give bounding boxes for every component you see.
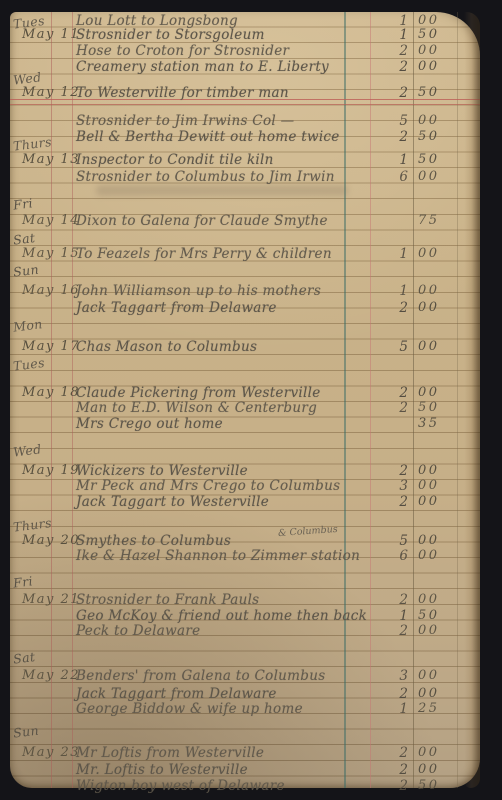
amount-dollars: 2	[386, 400, 408, 416]
entry-text: Ike & Hazel Shannon to Zimmer station	[76, 548, 360, 564]
ledger-row: Fri	[10, 572, 480, 589]
entry-text: Jack Taggart from Delaware	[76, 686, 277, 702]
ledger-row: May 15To Feazels for Mrs Perry & childre…	[10, 246, 480, 263]
day-label: Fri	[12, 193, 58, 213]
day-label: Fri	[12, 570, 58, 590]
entry-text: Peck to Delaware	[76, 623, 200, 639]
amount-cents: 00	[418, 300, 454, 315]
entry-text: Jack Taggart to Westerville	[76, 494, 269, 510]
amount-cents: 00	[418, 339, 454, 354]
amount-cents: 00	[418, 533, 454, 548]
entry-text: Strosnider to Jim Irwins Col —	[76, 113, 294, 129]
date-label: May 15	[22, 246, 80, 261]
entry-text: John Williamson up to his mothers	[76, 283, 321, 299]
ledger-row: Mr Peck and Mrs Crego to Columbus300	[10, 478, 480, 495]
ledger-row: Strosnider to Jim Irwins Col —500	[10, 113, 480, 130]
date-label: May 11	[22, 27, 80, 42]
ledger-row: Jack Taggart from Delaware200	[10, 300, 480, 317]
amount-cents: 00	[418, 686, 454, 701]
ledger-row: Mon	[10, 316, 480, 333]
ledger-row: May 22Benders' from Galena to Columbus30…	[10, 668, 480, 685]
ledger-row: Jack Taggart from Delaware200	[10, 686, 480, 703]
day-label: Thurs	[12, 133, 58, 153]
day-label: Thurs	[12, 514, 58, 534]
ledger-row: Wed	[10, 69, 480, 86]
entry-text: Wigton boy west of Delaware	[76, 778, 285, 794]
entry-text: Mr Loftis from Westerville	[76, 745, 264, 761]
amount-dollars: 5	[386, 113, 408, 129]
ledger-row: May 19Wickizers to Westerville200	[10, 463, 480, 480]
ledger-row: Geo McKoy & friend out home then back150	[10, 608, 480, 625]
amount-dollars: 2	[386, 300, 408, 316]
amount-cents: 50	[418, 85, 454, 100]
ledger-row: May 23Mr Loftis from Westerville200	[10, 745, 480, 762]
amount-dollars: 2	[386, 592, 408, 608]
amount-dollars: 3	[386, 478, 408, 494]
ledger-page: TuesLou Lott to Longsbong100May 11Strosn…	[10, 12, 480, 788]
ledger-row: Strosnider to Columbus to Jim Irwin600	[10, 169, 480, 186]
ledger-row: Peck to Delaware200	[10, 623, 480, 640]
amount-dollars: 2	[386, 43, 408, 59]
amount-cents: 00	[418, 745, 454, 760]
entry-text: Benders' from Galena to Columbus	[76, 668, 325, 684]
amount-dollars: 6	[386, 169, 408, 185]
entry-text: Geo McKoy & friend out home then back	[76, 608, 367, 624]
entry-text: Hose to Croton for Strosnider	[76, 43, 289, 59]
date-label: May 17	[22, 339, 80, 354]
amount-cents: 00	[418, 478, 454, 493]
ledger-row: May 16John Williamson up to his mothers1…	[10, 283, 480, 300]
amount-cents: 00	[418, 246, 454, 261]
date-label: May 18	[22, 385, 80, 400]
ledger-row: Hose to Croton for Strosnider200	[10, 43, 480, 60]
amount-dollars: 1	[386, 701, 408, 717]
amount-cents: 00	[418, 623, 454, 638]
date-label: May 23	[22, 745, 80, 760]
ledger-entries: TuesLou Lott to Longsbong100May 11Strosn…	[10, 12, 480, 788]
ledger-row: May 12To Westerville for timber man250	[10, 85, 480, 102]
ledger-row: Wed	[10, 441, 480, 458]
amount-cents: 00	[418, 463, 454, 478]
date-label: May 22	[22, 668, 80, 683]
amount-cents: 00	[418, 283, 454, 298]
date-label: May 21	[22, 592, 80, 607]
date-label: May 19	[22, 463, 80, 478]
entry-text: Smythes to Columbus	[76, 533, 231, 549]
date-label: May 14	[22, 213, 80, 228]
ledger-row: Sat	[10, 229, 480, 246]
ledger-row: May 17Chas Mason to Columbus500	[10, 339, 480, 356]
ledger-row: Ike & Hazel Shannon to Zimmer station600	[10, 548, 480, 565]
amount-dollars: 2	[386, 385, 408, 401]
amount-dollars: 2	[386, 745, 408, 761]
date-label: May 12	[22, 85, 80, 100]
entry-text: Wickizers to Westerville	[76, 463, 248, 479]
amount-dollars: 3	[386, 668, 408, 684]
ledger-row: May 14Dixon to Galena for Claude Smythe7…	[10, 213, 480, 230]
amount-dollars: 2	[386, 623, 408, 639]
amount-dollars: 1	[386, 27, 408, 43]
amount-dollars: 2	[386, 85, 408, 101]
entry-text: Mrs Crego out home	[76, 416, 223, 432]
ledger-row: May 21Strosnider to Frank Pauls200	[10, 592, 480, 609]
amount-cents: 00	[418, 668, 454, 683]
amount-dollars: 5	[386, 533, 408, 549]
entry-text: Dixon to Galena for Claude Smythe	[76, 213, 328, 229]
ledger-row: George Biddow & wife up home125	[10, 701, 480, 718]
amount-cents: 50	[418, 400, 454, 415]
amount-cents: 00	[418, 592, 454, 607]
amount-cents: 00	[418, 385, 454, 400]
ledger-row: May 13Inspector to Condit tile kiln150	[10, 152, 480, 169]
amount-cents: 25	[418, 701, 454, 716]
day-label: Tues	[12, 353, 58, 373]
ledger-row: Thurs	[10, 135, 480, 152]
ledger-row: Sun	[10, 261, 480, 278]
day-label: Wed	[12, 439, 58, 459]
entry-text: Claude Pickering from Westerville	[76, 385, 321, 401]
amount-cents: 50	[418, 778, 454, 793]
amount-dollars: 1	[386, 608, 408, 624]
ledger-row: Sat	[10, 648, 480, 665]
ledger-row: Thurs	[10, 516, 480, 533]
ledger-row: May 18Claude Pickering from Westerville2…	[10, 385, 480, 402]
day-label: Mon	[12, 314, 58, 334]
amount-cents: 00	[418, 43, 454, 58]
amount-cents: 00	[418, 169, 454, 184]
day-label: Sun	[12, 260, 58, 280]
amount-dollars: 2	[386, 762, 408, 778]
day-label: Sun	[12, 720, 58, 740]
entry-text: Strosnider to Columbus to Jim Irwin	[76, 169, 335, 185]
amount-cents: 00	[418, 13, 454, 28]
ledger-row: Jack Taggart to Westerville200	[10, 494, 480, 511]
amount-dollars: 2	[386, 463, 408, 479]
page-edge-shading	[464, 12, 480, 788]
ledger-row: Tues	[10, 355, 480, 372]
ledger-row: Wigton boy west of Delaware250	[10, 778, 480, 795]
day-label: Sat	[12, 647, 58, 667]
entry-text: To Westerville for timber man	[76, 85, 289, 101]
amount-cents: 50	[418, 27, 454, 42]
entry-text: Mr Peck and Mrs Crego to Columbus	[76, 478, 340, 494]
entry-text: Chas Mason to Columbus	[76, 339, 257, 355]
amount-cents: 35	[418, 416, 454, 431]
amount-dollars: 1	[386, 246, 408, 262]
entry-text: George Biddow & wife up home	[76, 701, 303, 717]
amount-dollars: 2	[386, 778, 408, 794]
ledger-row: May 11Strosnider to Storsgoleum150	[10, 27, 480, 44]
entry-text: Strosnider to Frank Pauls	[76, 592, 259, 608]
ledger-row: Sun	[10, 722, 480, 739]
ledger-row: May 20Smythes to Columbus& Columbus500	[10, 533, 480, 550]
entry-text: Man to E.D. Wilson & Centerburg	[76, 400, 317, 416]
ledger-row: Man to E.D. Wilson & Centerburg250	[10, 400, 480, 417]
date-label: May 16	[22, 283, 80, 298]
entry-text: Strosnider to Storsgoleum	[76, 27, 265, 43]
amount-cents: 00	[418, 113, 454, 128]
entry-text: Inspector to Condit tile kiln	[76, 152, 274, 168]
amount-cents: 00	[418, 494, 454, 509]
ledger-row: Fri	[10, 194, 480, 211]
ledger-row: Mr. Loftis to Westerville200	[10, 762, 480, 779]
amount-dollars: 6	[386, 548, 408, 564]
amount-dollars: 2	[386, 494, 408, 510]
entry-text: Mr. Loftis to Westerville	[76, 762, 248, 778]
date-label: May 20	[22, 533, 80, 548]
ledger-row: Mrs Crego out home35	[10, 416, 480, 433]
amount-cents: 75	[418, 213, 454, 228]
amount-cents: 00	[418, 762, 454, 777]
amount-cents: 00	[418, 548, 454, 563]
amount-cents: 50	[418, 152, 454, 167]
amount-dollars: 5	[386, 339, 408, 355]
amount-dollars: 1	[386, 283, 408, 299]
photo-background: TuesLou Lott to Longsbong100May 11Strosn…	[0, 0, 502, 800]
amount-dollars: 1	[386, 152, 408, 168]
day-label: Sat	[12, 227, 58, 247]
date-label: May 13	[22, 152, 80, 167]
entry-text: To Feazels for Mrs Perry & children	[76, 246, 332, 262]
amount-cents: 50	[418, 608, 454, 623]
entry-text: Jack Taggart from Delaware	[76, 300, 277, 316]
amount-dollars: 2	[386, 686, 408, 702]
